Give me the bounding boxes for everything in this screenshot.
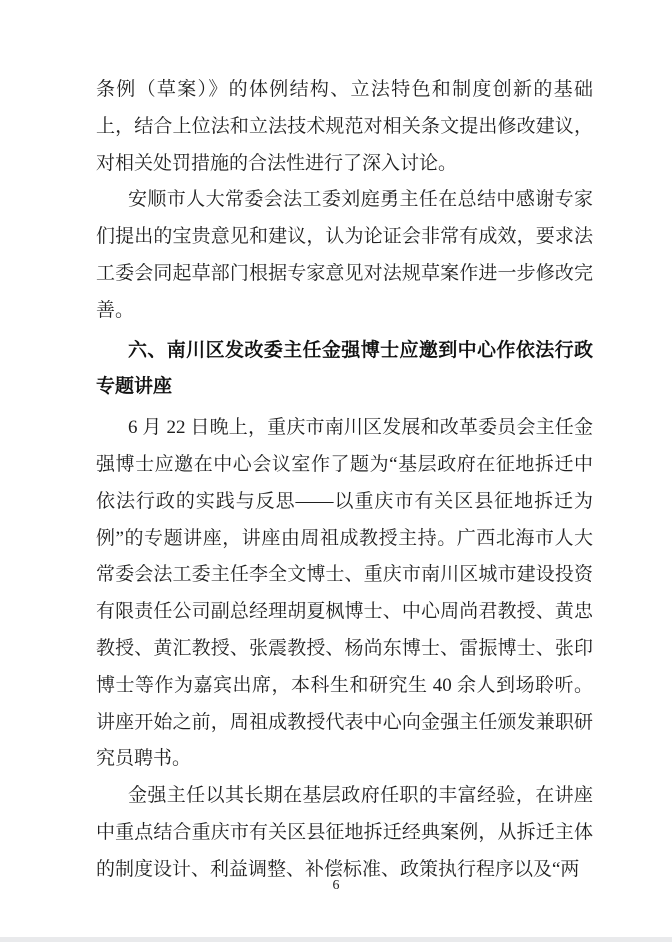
body-paragraph-continuation: 条例（草案）》的体例结构、立法特色和制度创新的基础上，结合上位法和立法技术规范对… — [96, 72, 593, 182]
page-separator — [0, 937, 672, 942]
body-paragraph-anshun-summary: 安顺市人大常委会法工委刘庭勇主任在总结中感谢专家们提出的宝贵意见和建议，认为论证… — [96, 182, 593, 329]
document-page: 条例（草案）》的体例结构、立法特色和制度创新的基础上，结合上位法和立法技术规范对… — [0, 0, 672, 945]
page-number: 6 — [0, 876, 672, 896]
body-paragraph-lecture-content: 金强主任以其长期在基层政府任职的丰富经验，在讲座中重点结合重庆市有关区县征地拆迁… — [96, 778, 593, 888]
section-heading-six: 六、南川区发改委主任金强博士应邀到中心作依法行政专题讲座 — [96, 333, 593, 407]
body-paragraph-lecture-intro: 6 月 22 日晚上，重庆市南川区发展和改革委员会主任金强博士应邀在中心会议室作… — [96, 410, 593, 778]
document-text-block: 条例（草案）》的体例结构、立法特色和制度创新的基础上，结合上位法和立法技术规范对… — [96, 72, 593, 889]
